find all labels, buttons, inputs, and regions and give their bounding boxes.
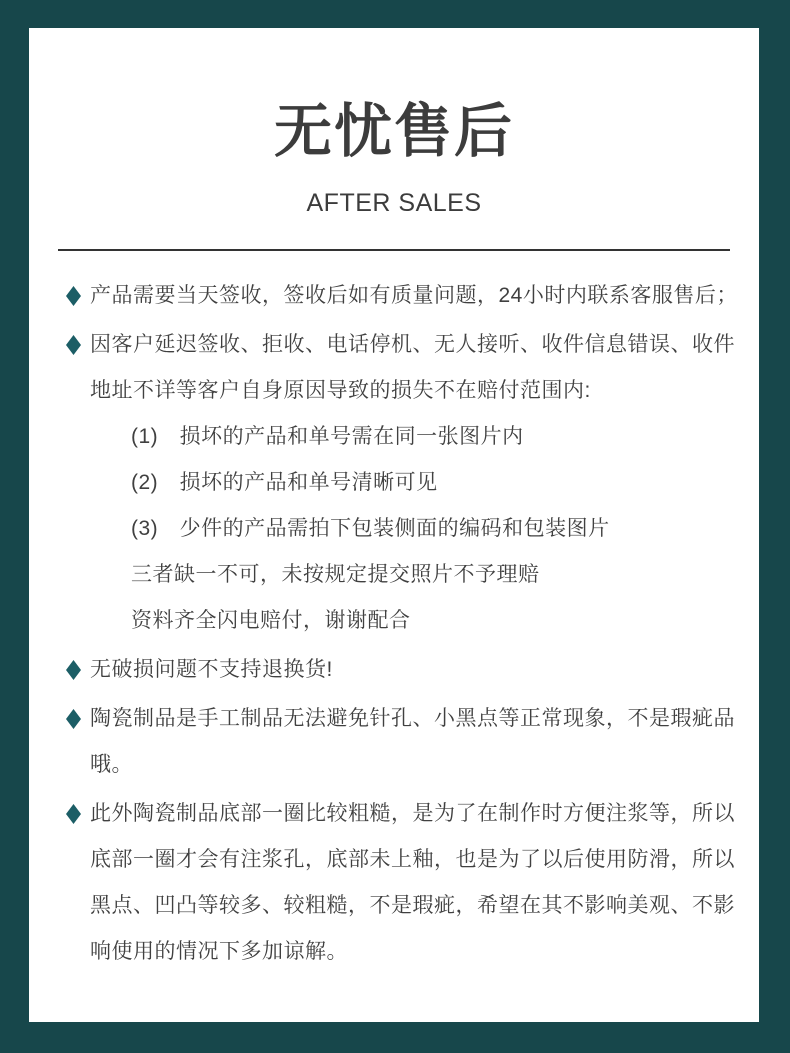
policy-text-line: 此外陶瓷制品底部一圈比较粗糙，是为了在制作时方便注浆等，所以 — [90, 791, 738, 837]
page-subtitle: AFTER SALES — [29, 190, 759, 216]
policy-item-same-day-sign: 产品需要当天签收，签收后如有质量问题，24小时内联系客服售后； — [66, 273, 738, 319]
claim-requirement-line: (2) 损坏的产品和单号清晰可见 — [131, 460, 738, 506]
policy-item-rough-bottom: 此外陶瓷制品底部一圈比较粗糙，是为了在制作时方便注浆等，所以 底部一圈才会有注浆… — [66, 791, 738, 975]
diamond-bullet-icon — [66, 709, 81, 729]
policy-text-line: 地址不详等客户自身原因导致的损失不在赔付范围内: — [90, 368, 738, 414]
policy-text-line: 哦。 — [90, 742, 738, 788]
policy-text-line: 产品需要当天签收，签收后如有质量问题，24小时内联系客服售后； — [90, 273, 738, 319]
claim-requirement-line: 资料齐全闪电赔付，谢谢配合 — [131, 598, 738, 644]
diamond-bullet-icon — [66, 804, 81, 824]
page-title: 无忧售后 — [29, 102, 759, 162]
claim-requirement-line: 三者缺一不可，未按规定提交照片不予理赔 — [131, 552, 738, 598]
policy-text-line: 因客户延迟签收、拒收、电话停机、无人接听、收件信息错误、收件 — [90, 322, 738, 368]
policy-text-line: 无破损问题不支持退换货! — [90, 647, 738, 693]
policy-list: 产品需要当天签收，签收后如有质量问题，24小时内联系客服售后； 因客户延迟签收、… — [66, 273, 738, 978]
policy-item-no-damage-no-return: 无破损问题不支持退换货! — [66, 647, 738, 693]
claim-requirement-line: (1) 损坏的产品和单号需在同一张图片内 — [131, 414, 738, 460]
diamond-bullet-icon — [66, 335, 81, 355]
policy-text-line: 陶瓷制品是手工制品无法避免针孔、小黑点等正常现象，不是瑕疵品 — [90, 696, 738, 742]
policy-text-line: 响使用的情况下多加谅解。 — [90, 929, 738, 975]
diamond-bullet-icon — [66, 660, 81, 680]
divider — [58, 249, 730, 251]
policy-text-line: 底部一圈才会有注浆孔，底部未上釉，也是为了以后使用防滑，所以 — [90, 837, 738, 883]
diamond-bullet-icon — [66, 286, 81, 306]
after-sales-card: 无忧售后 AFTER SALES 产品需要当天签收，签收后如有质量问题，24小时… — [29, 28, 759, 1022]
policy-item-customer-caused-loss: 因客户延迟签收、拒收、电话停机、无人接听、收件信息错误、收件 地址不详等客户自身… — [66, 322, 738, 644]
page-background: { "theme": { "frame": "#17474b", "card":… — [0, 0, 790, 1053]
policy-text-line: 黑点、凹凸等较多、较粗糙，不是瑕疵，希望在其不影响美观、不影 — [90, 883, 738, 929]
policy-item-handmade-ceramic-spots: 陶瓷制品是手工制品无法避免针孔、小黑点等正常现象，不是瑕疵品 哦。 — [66, 696, 738, 788]
claim-requirement-line: (3) 少件的产品需拍下包装侧面的编码和包装图片 — [131, 506, 738, 552]
